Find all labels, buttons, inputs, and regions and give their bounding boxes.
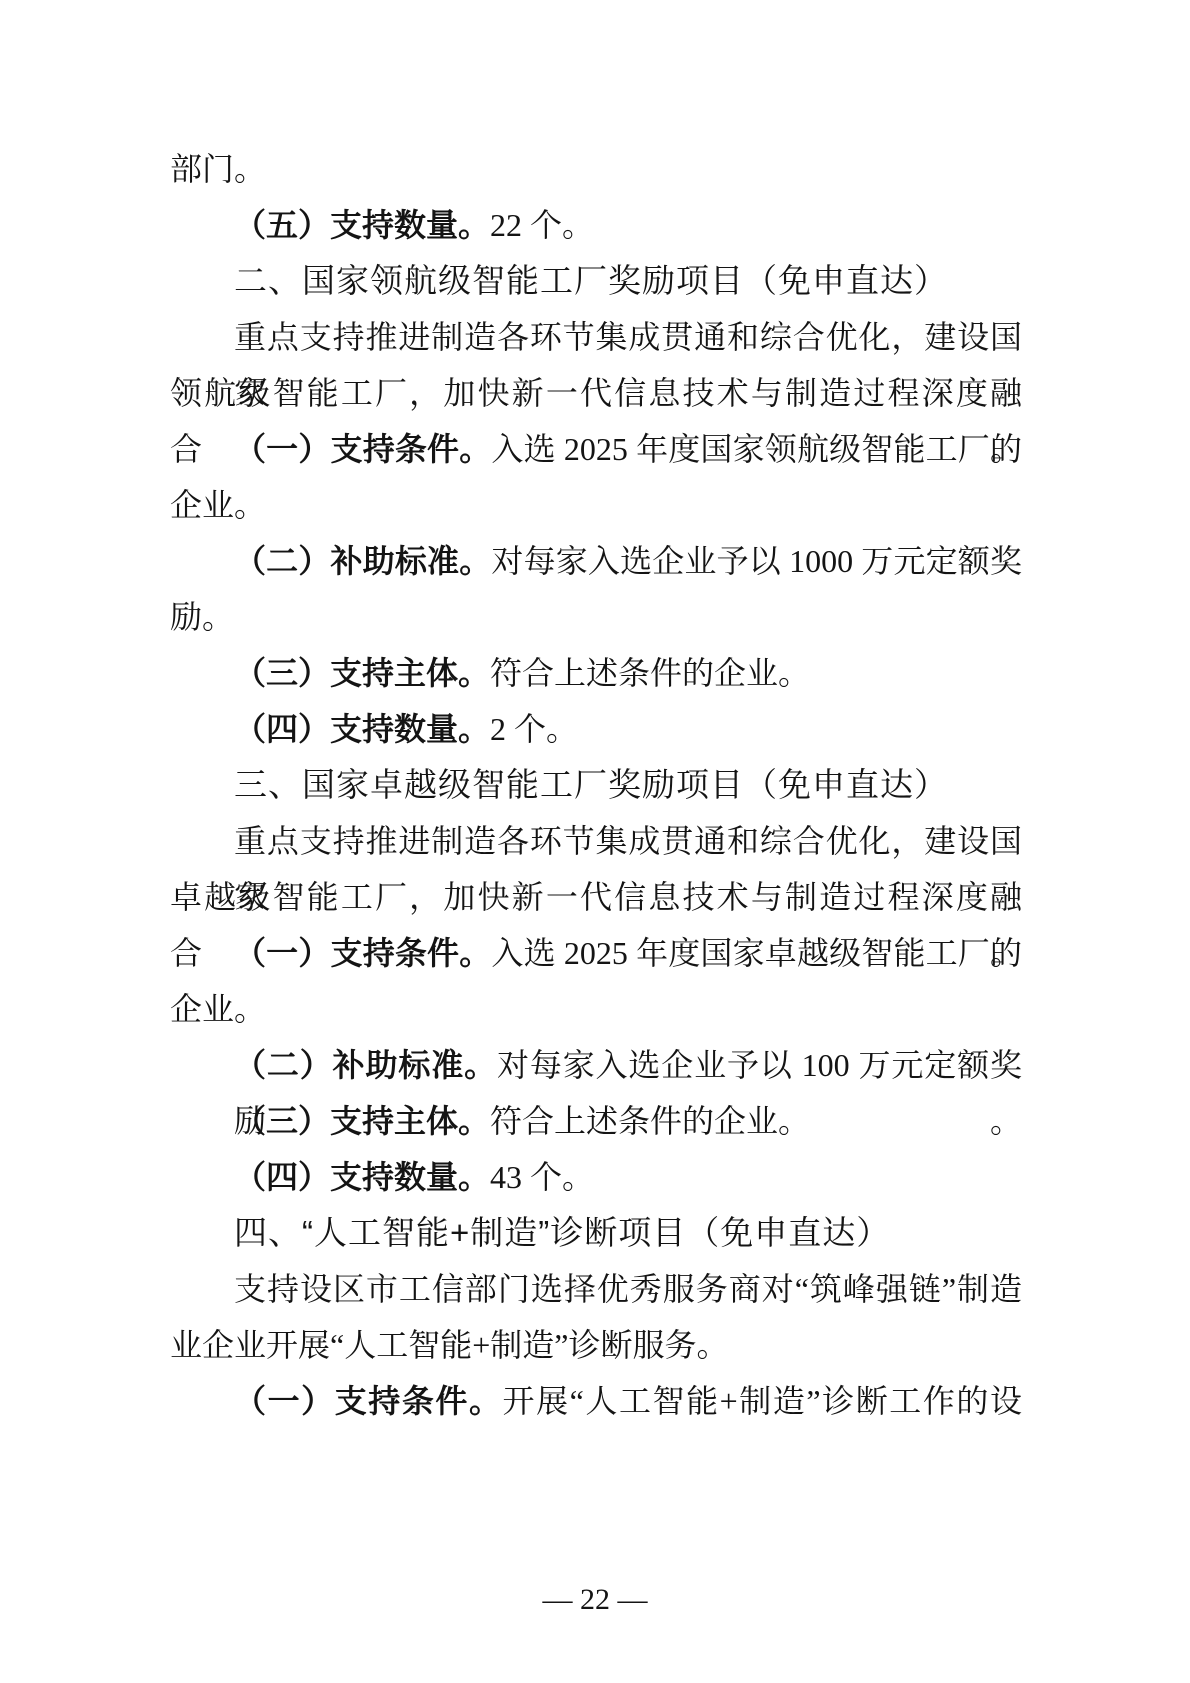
text-line: （四）支持数量。43 个。: [170, 1149, 1022, 1205]
section-heading: 二、国家领航级智能工厂奖励项目（免申直达）: [170, 253, 1022, 309]
text-run: 开展“人工智能+制造”诊断工作的设: [503, 1383, 1022, 1419]
document-body: 部门。（五）支持数量。22 个。二、国家领航级智能工厂奖励项目（免申直达）重点支…: [170, 141, 1022, 1429]
text-line: （四）支持数量。2 个。: [170, 701, 1022, 757]
text-line: 支持设区市工信部门选择优秀服务商对“筑峰强链”制造: [170, 1261, 1022, 1317]
text-line: （一）支持条件。开展“人工智能+制造”诊断工作的设: [170, 1373, 1022, 1429]
text-line: 企业。: [170, 981, 1022, 1037]
text-run: 对每家入选企业予以 1000 万元定额奖: [491, 543, 1022, 579]
clause-label: （三）支持主体。: [234, 655, 490, 691]
text-line: （五）支持数量。22 个。: [170, 197, 1022, 253]
text-run: 励。: [170, 599, 234, 635]
text-run: 二、国家领航级智能工厂奖励项目（免申直达）: [234, 262, 948, 299]
text-line: 励。: [170, 589, 1022, 645]
clause-label: （四）支持数量。: [234, 711, 490, 747]
section-heading: 三、国家卓越级智能工厂奖励项目（免申直达）: [170, 757, 1022, 813]
text-line: 卓越级智能工厂，加快新一代信息技术与制造过程深度融合。: [170, 869, 1022, 925]
clause-label: （一）支持条件。: [234, 431, 491, 467]
text-run: 2 个。: [490, 711, 578, 747]
text-line: （一）支持条件。入选 2025 年度国家领航级智能工厂的: [170, 421, 1022, 477]
text-line: （三）支持主体。符合上述条件的企业。: [170, 645, 1022, 701]
text-line: 领航级智能工厂，加快新一代信息技术与制造过程深度融合。: [170, 365, 1022, 421]
text-line: （二）补助标准。对每家入选企业予以 100 万元定额奖励。: [170, 1037, 1022, 1093]
text-run: 入选 2025 年度国家领航级智能工厂的: [491, 431, 1022, 467]
text-run: 部门。: [170, 151, 266, 187]
text-run: 符合上述条件的企业。: [490, 1103, 810, 1139]
text-run: 22 个。: [490, 207, 594, 243]
clause-label: （二）补助标准。: [234, 543, 491, 579]
clause-label: （一）支持条件。: [234, 935, 491, 971]
text-line: 企业。: [170, 477, 1022, 533]
text-line: 部门。: [170, 141, 1022, 197]
text-run: 三、国家卓越级智能工厂奖励项目（免申直达）: [234, 766, 948, 803]
text-line: （一）支持条件。入选 2025 年度国家卓越级智能工厂的: [170, 925, 1022, 981]
text-line: 业企业开展“人工智能+制造”诊断服务。: [170, 1317, 1022, 1373]
text-line: 重点支持推进制造各环节集成贯通和综合优化，建设国家: [170, 309, 1022, 365]
text-run: 四、“人工智能+制造”诊断项目（免申直达）: [234, 1214, 890, 1251]
text-run: 支持设区市工信部门选择优秀服务商对“筑峰强链”制造: [234, 1271, 1022, 1307]
text-run: 43 个。: [490, 1159, 594, 1195]
text-run: 企业。: [170, 991, 266, 1027]
text-run: 符合上述条件的企业。: [490, 655, 810, 691]
clause-label: （二）补助标准。: [234, 1047, 497, 1083]
text-run: 业企业开展“人工智能+制造”诊断服务。: [170, 1327, 728, 1363]
text-run: 入选 2025 年度国家卓越级智能工厂的: [491, 935, 1022, 971]
page-number: — 22 —: [0, 1583, 1190, 1617]
clause-label: （三）支持主体。: [234, 1103, 490, 1139]
clause-label: （一）支持条件。: [234, 1383, 503, 1419]
clause-label: （五）支持数量。: [234, 207, 490, 243]
section-heading: 四、“人工智能+制造”诊断项目（免申直达）: [170, 1205, 1022, 1261]
text-line: （二）补助标准。对每家入选企业予以 1000 万元定额奖: [170, 533, 1022, 589]
clause-label: （四）支持数量。: [234, 1159, 490, 1195]
document-page: 部门。（五）支持数量。22 个。二、国家领航级智能工厂奖励项目（免申直达）重点支…: [0, 0, 1190, 1683]
text-run: 企业。: [170, 487, 266, 523]
text-line: 重点支持推进制造各环节集成贯通和综合优化，建设国家: [170, 813, 1022, 869]
